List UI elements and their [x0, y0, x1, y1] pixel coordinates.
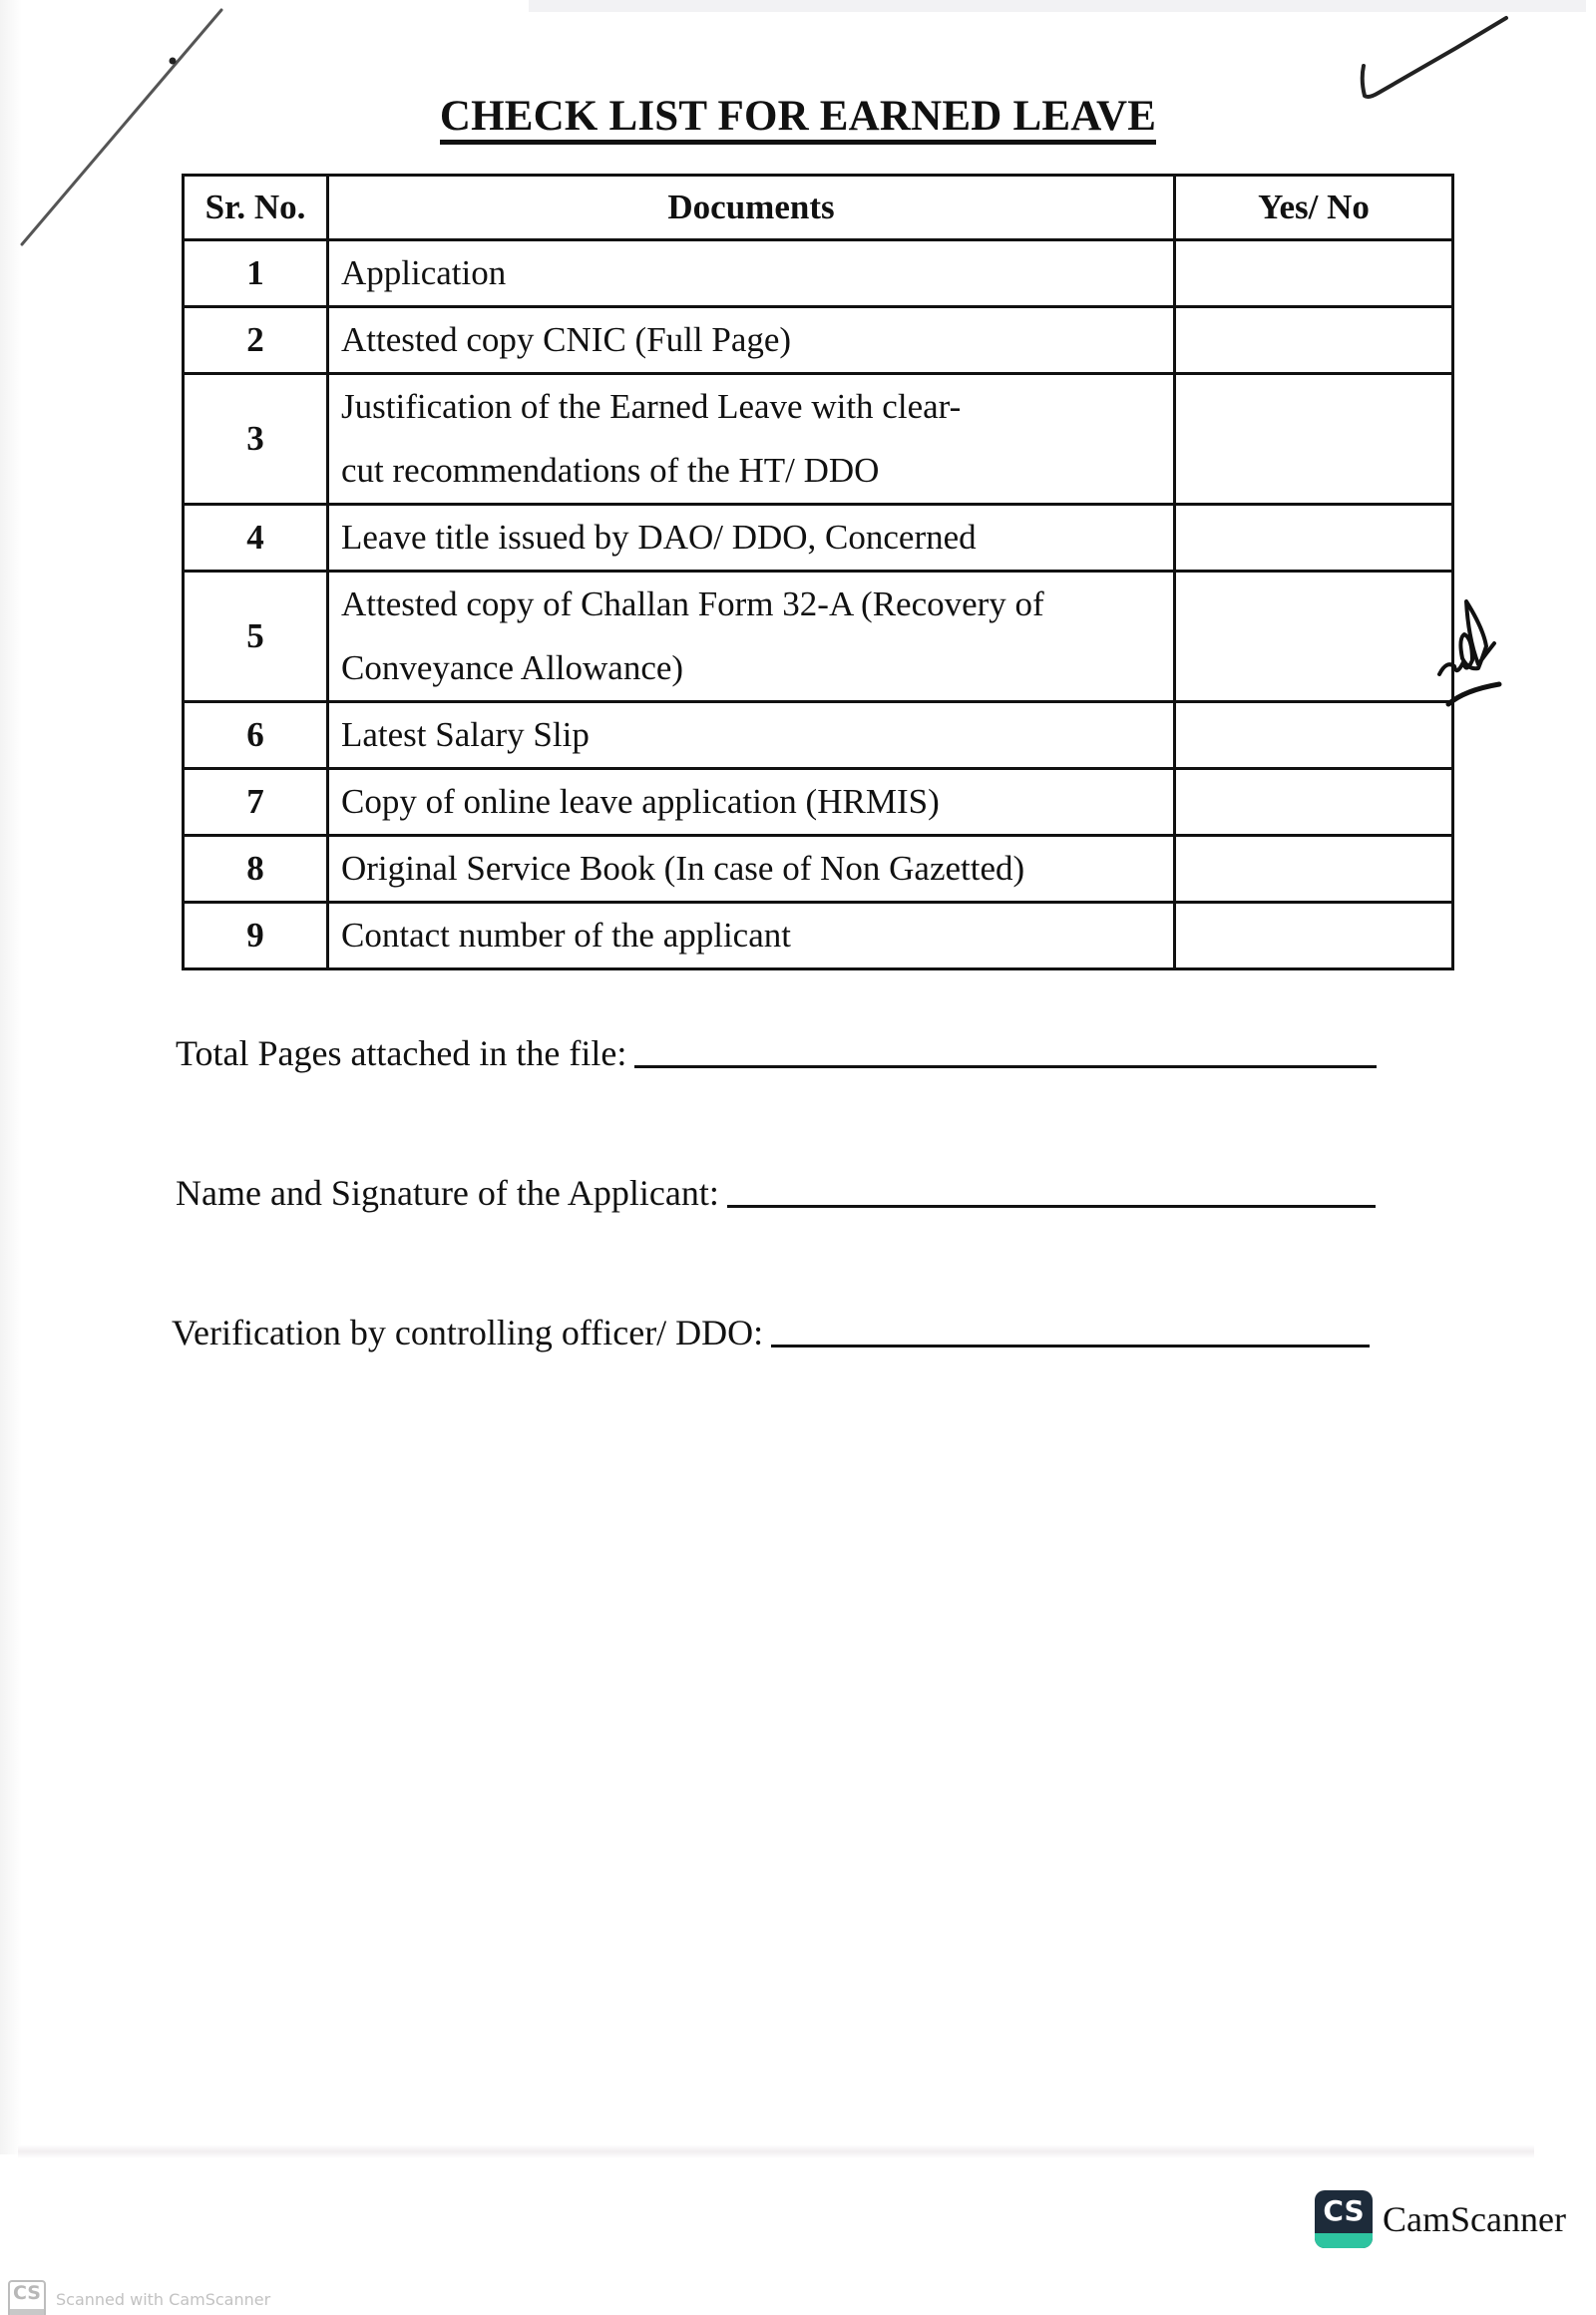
row-yes-no-cell[interactable]	[1175, 836, 1453, 903]
scan-watermark: CS Scanned with CamScanner	[8, 2280, 270, 2315]
table-row: 3 Justification of the Earned Leave with…	[184, 374, 1453, 505]
camscanner-logo: CS CamScanner	[1315, 2190, 1566, 2248]
watermark-text: Scanned with CamScanner	[56, 2290, 270, 2309]
column-header-documents: Documents	[328, 176, 1175, 240]
row-yes-no-cell[interactable]	[1175, 307, 1453, 374]
row-number: 2	[184, 307, 328, 374]
scan-edge-top	[529, 0, 1586, 12]
row-document: Attested copy of Challan Form 32-A (Reco…	[328, 572, 1175, 702]
applicant-signature-input-line[interactable]	[727, 1205, 1376, 1208]
row-document: Latest Salary Slip	[328, 702, 1175, 769]
applicant-signature-field: Name and Signature of the Applicant:	[176, 1172, 1376, 1214]
row-number: 5	[184, 572, 328, 702]
table-header-row: Sr. No. Documents Yes/ No	[184, 176, 1453, 240]
row-document: Justification of the Earned Leave with c…	[328, 374, 1175, 505]
total-pages-label: Total Pages attached in the file:	[176, 1032, 626, 1074]
page-title: CHECK LIST FOR EARNED LEAVE	[0, 92, 1596, 141]
row-number: 1	[184, 240, 328, 307]
row-document: Attested copy CNIC (Full Page)	[328, 307, 1175, 374]
table-row: 7 Copy of online leave application (HRMI…	[184, 769, 1453, 836]
row-number: 8	[184, 836, 328, 903]
applicant-signature-label: Name and Signature of the Applicant:	[176, 1172, 719, 1214]
scan-edge-bottom	[18, 2144, 1534, 2158]
row-yes-no-cell[interactable]	[1175, 702, 1453, 769]
check-mark-icon	[1363, 18, 1506, 97]
scan-edge-shadow	[0, 0, 22, 2154]
row-number: 3	[184, 374, 328, 505]
row-document: Application	[328, 240, 1175, 307]
camscanner-name: CamScanner	[1383, 2198, 1566, 2240]
row-yes-no-cell[interactable]	[1175, 240, 1453, 307]
total-pages-field: Total Pages attached in the file:	[176, 1032, 1377, 1074]
row-number: 6	[184, 702, 328, 769]
row-yes-no-cell[interactable]	[1175, 572, 1453, 702]
row-yes-no-cell[interactable]	[1175, 374, 1453, 505]
camscanner-badge-icon: CS	[1315, 2190, 1373, 2248]
verification-label: Verification by controlling officer/ DDO…	[172, 1312, 763, 1353]
watermark-badge-icon: CS	[8, 2280, 46, 2315]
row-yes-no-cell[interactable]	[1175, 505, 1453, 572]
row-yes-no-cell[interactable]	[1175, 769, 1453, 836]
row-document: Contact number of the applicant	[328, 903, 1175, 969]
verification-field: Verification by controlling officer/ DDO…	[172, 1312, 1370, 1353]
row-document: Copy of online leave application (HRMIS)	[328, 769, 1175, 836]
table-row: 8 Original Service Book (In case of Non …	[184, 836, 1453, 903]
table-row: 6 Latest Salary Slip	[184, 702, 1453, 769]
row-number: 7	[184, 769, 328, 836]
column-header-yes-no: Yes/ No	[1175, 176, 1453, 240]
checklist-table: Sr. No. Documents Yes/ No 1 Application …	[182, 174, 1454, 970]
row-document: Original Service Book (In case of Non Ga…	[328, 836, 1175, 903]
row-yes-no-cell[interactable]	[1175, 903, 1453, 969]
table-row: 9 Contact number of the applicant	[184, 903, 1453, 969]
verification-input-line[interactable]	[771, 1345, 1370, 1348]
table-row: 2 Attested copy CNIC (Full Page)	[184, 307, 1453, 374]
row-number: 9	[184, 903, 328, 969]
total-pages-input-line[interactable]	[634, 1065, 1377, 1068]
table-row: 1 Application	[184, 240, 1453, 307]
page-title-text: CHECK LIST FOR EARNED LEAVE	[440, 93, 1156, 145]
table-row: 5 Attested copy of Challan Form 32-A (Re…	[184, 572, 1453, 702]
row-number: 4	[184, 505, 328, 572]
table-row: 4 Leave title issued by DAO/ DDO, Concer…	[184, 505, 1453, 572]
column-header-sr-no: Sr. No.	[184, 176, 328, 240]
row-document: Leave title issued by DAO/ DDO, Concerne…	[328, 505, 1175, 572]
